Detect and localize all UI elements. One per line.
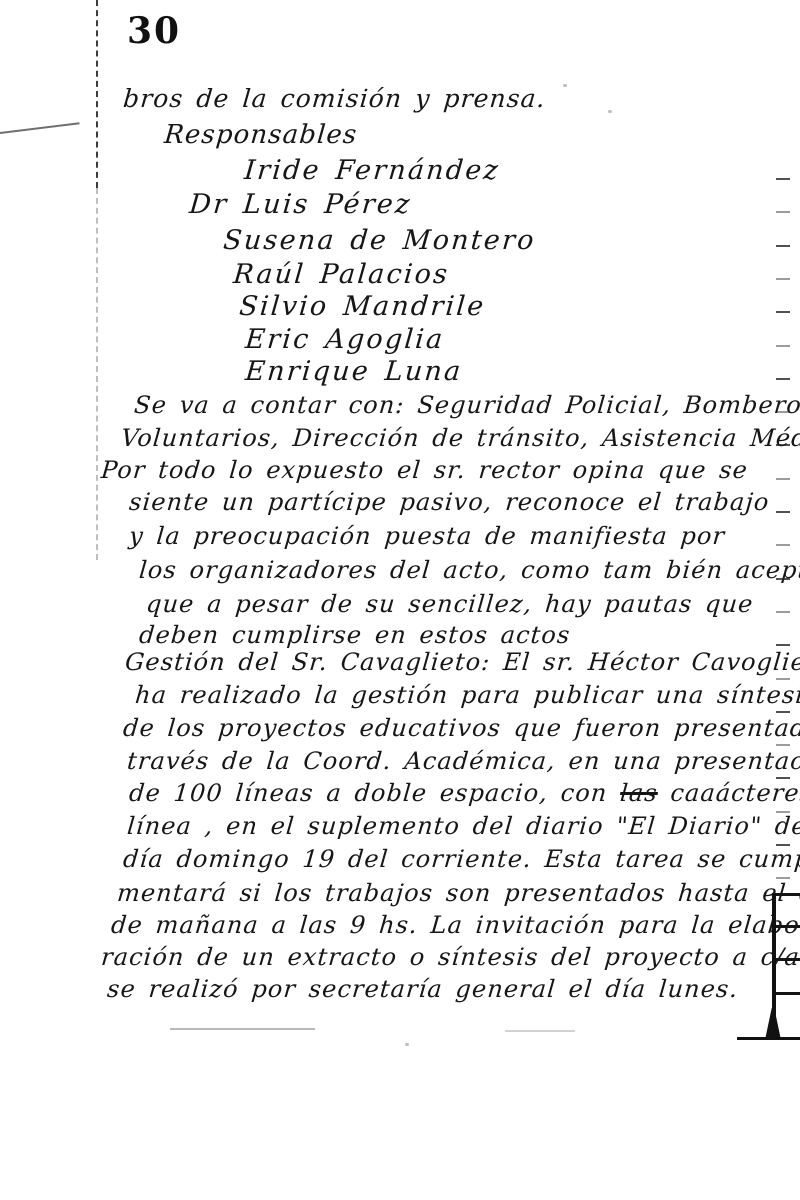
binding-tick xyxy=(776,378,790,380)
handwritten-line: de los proyectos educativos que fueron p… xyxy=(122,714,800,742)
handwritten-line: los organizadores del acto, como tam bié… xyxy=(138,556,800,584)
binding-tick xyxy=(776,211,790,213)
handwritten-line-name: Enrique Luna xyxy=(244,356,464,387)
handwritten-line-with-strikethrough: de 100 líneas a doble espacio, con las c… xyxy=(128,779,800,807)
handwritten-line-name: Silvio Mandrile xyxy=(238,291,487,322)
smudge-mark xyxy=(505,1030,575,1032)
handwritten-line: que a pesar de su sencillez, hay pautas … xyxy=(145,590,755,618)
binding-tick xyxy=(776,278,790,280)
handwritten-line: través de la Coord. Académica, en una pr… xyxy=(126,747,800,775)
handwritten-line-name: Susena de Montero xyxy=(222,225,537,256)
binding-tick xyxy=(776,178,790,180)
binding-tick xyxy=(776,311,790,313)
binding-tick xyxy=(776,345,790,347)
handwritten-line: de mañana a las 9 hs. La invitación para… xyxy=(110,911,800,939)
smudge-mark xyxy=(170,1028,315,1030)
binding-cross-tick xyxy=(772,925,800,928)
handwritten-line: Voluntarios, Dirección de tránsito, Asis… xyxy=(120,424,800,452)
handwritten-line: siente un partícipe pasivo, reconoce el … xyxy=(128,488,771,516)
ink-speck xyxy=(405,1043,409,1046)
binding-tick xyxy=(776,578,790,580)
handwritten-line: bros de la comisión y prensa. xyxy=(122,84,547,113)
handwritten-line-name: Raúl Palacios xyxy=(232,259,451,290)
handwritten-line: y la preocupación puesta de manifiesta p… xyxy=(128,522,726,550)
binding-tick xyxy=(776,844,790,846)
handwritten-line-name: Eric Agoglia xyxy=(244,324,446,355)
line-segment: caaácteres por xyxy=(657,779,800,807)
handwritten-line: mentará si los trabajos son presentados … xyxy=(116,879,800,907)
handwritten-line: Se va a contar con: Seguridad Policial, … xyxy=(133,391,800,419)
handwritten-line: Gestión del Sr. Cavaglieto: El sr. Hécto… xyxy=(124,648,800,676)
binding-cross-tick xyxy=(772,893,800,896)
binding-tick xyxy=(776,644,790,646)
handwritten-line: ración de un extracto o síntesis del pro… xyxy=(100,943,800,971)
binding-tick xyxy=(776,744,790,746)
binding-tick xyxy=(776,777,790,779)
crossed-out-word: las xyxy=(619,779,659,807)
binding-tick xyxy=(776,511,790,513)
handwritten-line: deben cumplirse en estos actos xyxy=(138,621,572,649)
ink-speck xyxy=(563,84,567,87)
handwritten-line: línea , en el suplemento del diario "El … xyxy=(126,812,800,840)
handwritten-line: día domingo 19 del corriente. Esta tarea… xyxy=(122,845,800,873)
binding-cross-tick xyxy=(772,992,800,995)
handwritten-line: Responsables xyxy=(163,120,359,150)
handwritten-line-name: Iride Fernández xyxy=(243,155,501,186)
page-edge-ink-blob xyxy=(765,1008,781,1040)
ink-speck xyxy=(608,110,612,113)
binding-tick xyxy=(776,245,790,247)
binding-cross-tick xyxy=(772,958,800,961)
handwritten-line: ha realizado la gestión para publicar un… xyxy=(134,681,800,709)
binding-tick xyxy=(776,678,790,680)
left-margin-dotted-line xyxy=(96,0,98,188)
binding-tick xyxy=(776,877,790,879)
binding-tick xyxy=(776,478,790,480)
scanned-notebook-page: 30 bros de la comisión y prensa. Respons… xyxy=(0,0,800,1200)
binding-tick xyxy=(776,811,790,813)
line-segment: de 100 líneas a doble espacio, con xyxy=(128,779,621,807)
binding-tick xyxy=(776,544,790,546)
scratch-mark xyxy=(0,122,79,133)
handwritten-line: Por todo lo expuesto el sr. rector opina… xyxy=(100,456,749,484)
binding-tick xyxy=(776,611,790,613)
left-margin-dotted-line-faded xyxy=(96,188,98,560)
binding-tick xyxy=(776,444,790,446)
handwritten-line-name: Dr Luis Pérez xyxy=(188,189,413,220)
page-number: 30 xyxy=(127,10,181,52)
binding-tick xyxy=(776,711,790,713)
handwritten-line: se realizó por secretaría general el día… xyxy=(106,975,739,1003)
page-bottom-edge-line xyxy=(737,1037,800,1040)
binding-tick xyxy=(776,411,790,413)
